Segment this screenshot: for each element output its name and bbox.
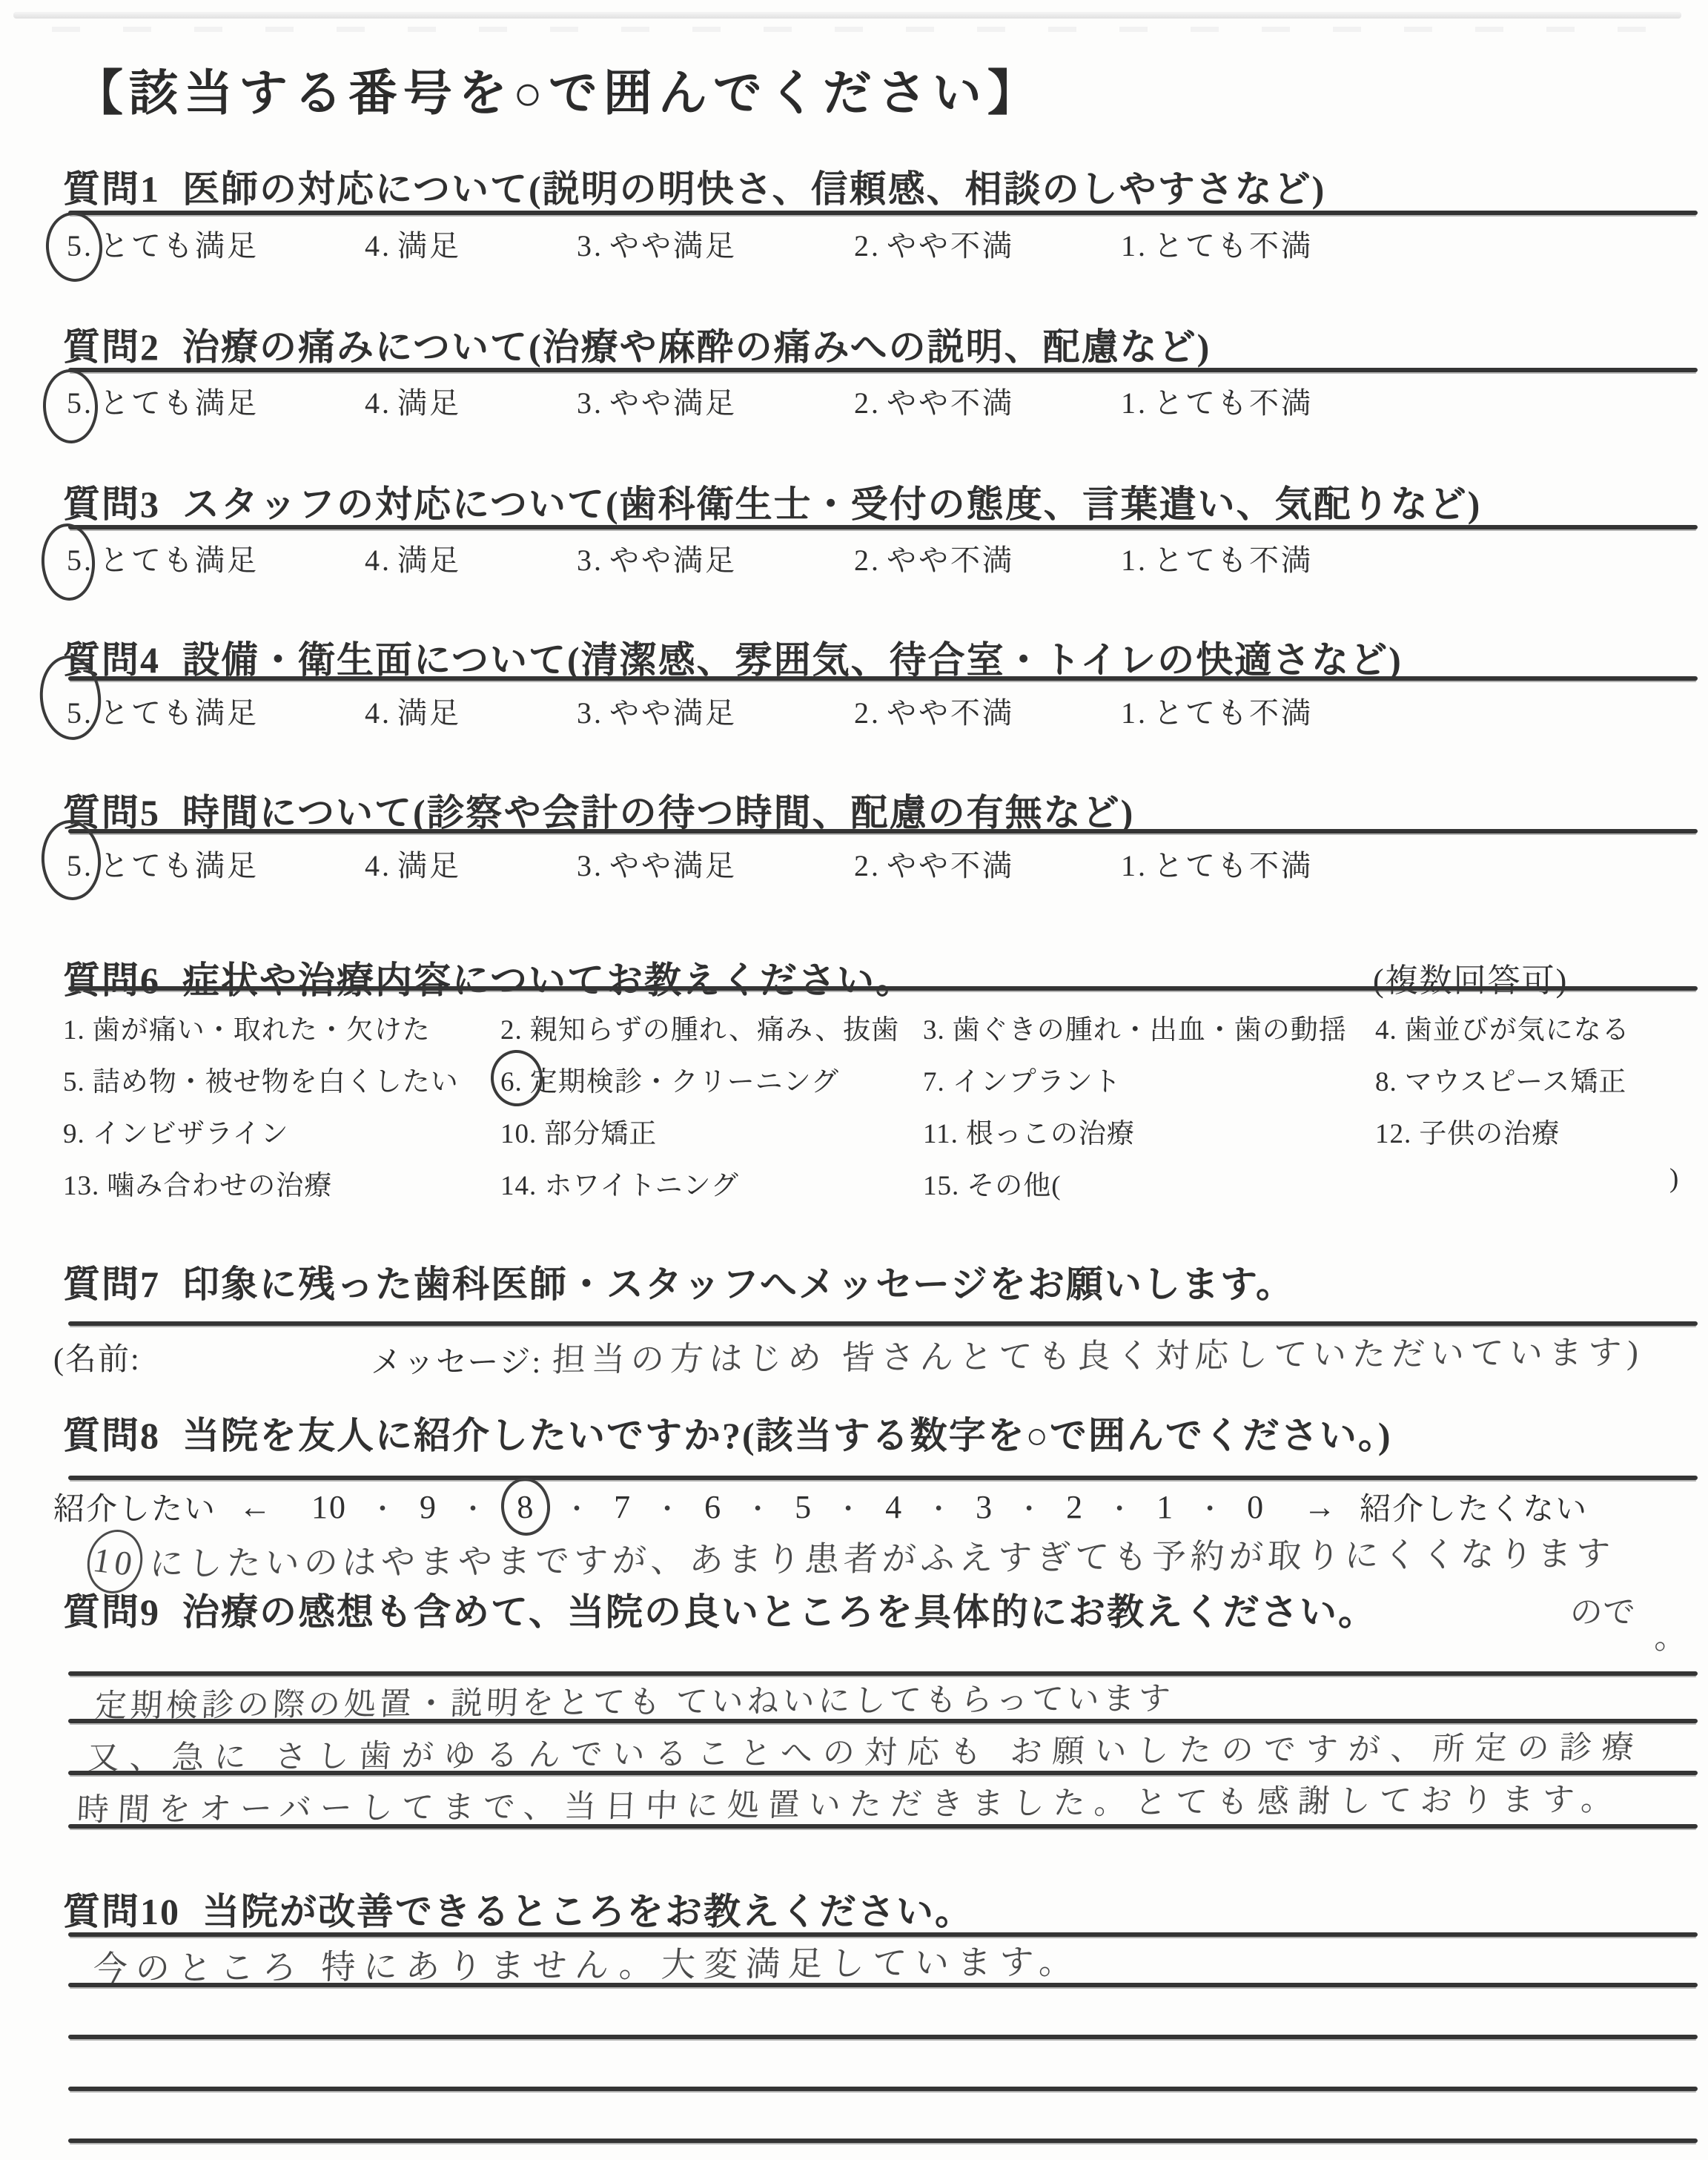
q8-title: 質問8当院を友人に紹介したいですか?(該当する数字を○で囲んでください。) <box>63 1406 1392 1459</box>
q2-rating-options: 5.とても満足 4.満足 3.やや満足 2.やや不満 1.とても不満 <box>0 380 1708 427</box>
q7-title: 質問7印象に残った歯科医師・スタッフへメッセージをお願いします。 <box>63 1255 1294 1308</box>
scale-number-6: 6 <box>704 1488 722 1526</box>
scale-number-8: 8 <box>515 1487 535 1527</box>
ruled-line <box>68 1719 1698 1723</box>
scale-dot: ・ <box>1106 1488 1134 1526</box>
q6-text: 症状や治療内容についてお教えください。 <box>182 960 914 1001</box>
q6-option-11: 11.根っこの治療 <box>923 1111 1135 1151</box>
q6-option-15: 15.その他( <box>923 1163 1062 1203</box>
ruled-line <box>68 986 1698 991</box>
q1-option-3: 3.やや満足 <box>577 222 737 265</box>
q2-title: 質問2治療の痛みについて(治療や麻酔の痛みへの説明、配慮など) <box>63 317 1211 371</box>
scale-number-10: 10 <box>311 1488 347 1526</box>
q9-handwritten-line-3: 時間をオーバーしてまで、当日中に処置いただきました。とても感謝しております。 <box>76 1774 1623 1831</box>
ruled-line <box>68 1771 1698 1775</box>
q8-comment-continuation: ので <box>1569 1585 1637 1634</box>
ruled-line <box>68 211 1698 215</box>
q1-option-5: 5.とても満足 <box>67 222 259 265</box>
q6-option-6: 6.定期検診・クリーニング <box>500 1059 839 1099</box>
q3-title: 質問3スタッフの対応について(歯科衛生士・受付の態度、言葉遣い、気配りなど) <box>63 475 1481 528</box>
q6-option-1: 1.歯が痛い・取れた・欠けた <box>63 1007 431 1047</box>
q9-title: 質問9治療の感想も含めて、当院の良いところを具体的にお教えください。 <box>63 1582 1377 1636</box>
scale-number-7: 7 <box>614 1488 632 1526</box>
ruled-line <box>68 368 1698 372</box>
scale-dot: ・ <box>369 1488 397 1526</box>
scan-artifact-line <box>13 12 1681 19</box>
scale-number-0: 0 <box>1247 1488 1265 1526</box>
q6-option-3: 3.歯ぐきの腫れ・出血・歯の動揺 <box>923 1007 1347 1047</box>
q3-text: スタッフの対応について(歯科衛生士・受付の態度、言葉遣い、気配りなど) <box>182 483 1481 525</box>
scale-dot: ・ <box>563 1488 592 1526</box>
scan-artifact-ticks <box>52 27 1646 32</box>
q4-option-1: 1.とても不満 <box>1121 690 1313 732</box>
q4-rating-options: 5.とても満足 4.満足 3.やや満足 2.やや不満 1.とても不満 <box>0 690 1708 737</box>
q4-option-5: 5.とても満足 <box>67 690 259 732</box>
scale-number-2: 2 <box>1066 1488 1084 1526</box>
q1-option-1: 1.とても不満 <box>1121 222 1313 265</box>
q3-rating-options: 5.とても満足 4.満足 3.やや満足 2.やや不満 1.とても不満 <box>0 537 1708 584</box>
q3-option-1: 1.とても不満 <box>1121 537 1313 579</box>
q8-comment-text: にしたいのはやまやまですが、あまり患者がふえすぎても予約が取りにくくなります <box>149 1527 1616 1586</box>
scale-dot: ・ <box>1016 1488 1044 1526</box>
q5-rating-options: 5.とても満足 4.満足 3.やや満足 2.やや不満 1.とても不満 <box>0 842 1708 890</box>
scale-number-5: 5 <box>795 1488 812 1526</box>
q8-text: 当院を友人に紹介したいですか?(該当する数字を○で囲んでください。) <box>182 1415 1392 1456</box>
q10-title: 質問10当院が改善できるところをお教えください。 <box>63 1882 973 1935</box>
ruled-line <box>68 525 1698 529</box>
survey-page: 【該当する番号を○で囲んでください】 質問1医師の対応について(説明の明快さ、信… <box>0 0 1708 2160</box>
q2-option-5: 5.とても満足 <box>67 380 259 422</box>
q3-option-4: 4.満足 <box>365 537 461 579</box>
q6-option-8: 8.マウスピース矯正 <box>1375 1059 1626 1099</box>
q2-option-3: 3.やや満足 <box>577 380 737 422</box>
q1-number: 質問1 <box>63 168 160 210</box>
q7-handwritten-message: 担当の方はじめ 皆さんとても良く対応していただいています) <box>552 1325 1646 1381</box>
q5-option-4: 4.満足 <box>365 842 461 885</box>
q1-text: 医師の対応について(説明の明快さ、信頼感、相談のしやすさなど) <box>182 168 1325 210</box>
ruled-line <box>68 829 1698 833</box>
q3-option-5: 5.とても満足 <box>67 537 259 579</box>
q2-text: 治療の痛みについて(治療や麻酔の痛みへの説明、配慮など) <box>182 326 1211 368</box>
q5-option-3: 3.やや満足 <box>577 842 737 885</box>
q2-option-2: 2.やや不満 <box>854 380 1014 422</box>
right-arrow-icon: → <box>1303 1488 1337 1526</box>
q1-option-4: 4.満足 <box>365 222 461 265</box>
q8-comment-period: 。 <box>1654 1611 1689 1658</box>
ruled-line <box>68 1824 1698 1829</box>
q4-option-3: 3.やや満足 <box>577 690 737 732</box>
scale-number-3: 3 <box>976 1488 993 1526</box>
empty-answer-line <box>68 2035 1698 2039</box>
q1-rating-options: 5.とても満足 4.満足 3.やや満足 2.やや不満 1.とても不満 <box>0 222 1708 270</box>
q6-option-9: 9.インビザライン <box>63 1111 289 1151</box>
q6-multi-answer-note: (複数回答可) <box>1373 954 1568 1001</box>
q6-title: 質問6症状や治療内容についてお教えください。 <box>63 951 914 1004</box>
q8-number: 質問8 <box>63 1415 160 1456</box>
q3-option-2: 2.やや不満 <box>854 537 1014 579</box>
ruled-line <box>68 676 1698 681</box>
scale-number-9: 9 <box>420 1488 437 1526</box>
scale-number-1: 1 <box>1156 1488 1174 1526</box>
q6-option-7: 7.インプラント <box>923 1059 1122 1099</box>
empty-answer-line <box>68 2138 1698 2143</box>
scale-dot: ・ <box>1196 1488 1225 1526</box>
scale-left-label: 紹介したい <box>53 1484 216 1529</box>
q6-option-10: 10.部分矯正 <box>500 1111 657 1151</box>
empty-answer-line <box>68 2087 1698 2091</box>
q5-text: 時間について(診察や会計の待つ時間、配慮の有無など) <box>182 792 1134 833</box>
q6-option-2: 2.親知らずの腫れ、痛み、抜歯 <box>500 1007 899 1047</box>
q5-option-1: 1.とても不満 <box>1121 842 1313 885</box>
scale-dot: ・ <box>835 1488 863 1526</box>
q3-option-3: 3.やや満足 <box>577 537 737 579</box>
q7-message-label: メッセージ: <box>371 1338 542 1382</box>
q2-option-1: 1.とても不満 <box>1121 380 1313 422</box>
q4-option-2: 2.やや不満 <box>854 690 1014 732</box>
q6-option-4: 4.歯並びが気になる <box>1375 1007 1630 1047</box>
page-title: 【該当する番号を○で囲んでください】 <box>74 53 1042 124</box>
q6-option-5: 5.詰め物・被せ物を白くしたい <box>63 1059 459 1099</box>
q7-text: 印象に残った歯科医師・スタッフへメッセージをお願いします。 <box>182 1264 1294 1305</box>
ruled-line <box>68 1321 1698 1326</box>
q6-option-13: 13.噛み合わせの治療 <box>63 1163 332 1203</box>
q9-handwritten-line-2: 又、急に さし歯がゆるんでいることへの対応も お願いしたのですが、所定の診療 <box>87 1723 1646 1779</box>
q1-option-2: 2.やや不満 <box>854 222 1014 265</box>
q5-option-2: 2.やや不満 <box>854 842 1014 885</box>
scale-dot: ・ <box>654 1488 682 1526</box>
q7-name-label: (名前: <box>53 1335 141 1379</box>
q7-number: 質問7 <box>63 1264 160 1305</box>
scale-dot: ・ <box>925 1488 953 1526</box>
scale-number-4: 4 <box>885 1488 903 1526</box>
q1-title: 質問1医師の対応について(説明の明快さ、信頼感、相談のしやすさなど) <box>63 159 1325 213</box>
left-arrow-icon: ← <box>239 1488 273 1526</box>
q10-text: 当院が改善できるところをお教えください。 <box>202 1891 973 1932</box>
q9-number: 質問9 <box>63 1591 160 1633</box>
q6-option-14: 14.ホワイトニング <box>500 1163 739 1203</box>
q2-option-4: 4.満足 <box>365 380 461 422</box>
q9-text: 治療の感想も含めて、当院の良いところを具体的にお教えください。 <box>182 1591 1377 1633</box>
q5-option-5: 5.とても満足 <box>67 842 259 885</box>
q4-text: 設備・衛生面について(清潔感、雰囲気、待合室・トイレの快適さなど) <box>182 639 1403 681</box>
q6-option-15-closing-paren: ) <box>1669 1163 1679 1195</box>
q3-number: 質問3 <box>63 483 160 525</box>
q6-number: 質問6 <box>63 960 160 1001</box>
ruled-line <box>68 1476 1698 1480</box>
ruled-line <box>68 1983 1698 1987</box>
scale-dot: ・ <box>460 1488 488 1526</box>
q4-option-4: 4.満足 <box>365 690 461 732</box>
q2-number: 質問2 <box>63 326 160 368</box>
scale-dot: ・ <box>744 1488 772 1526</box>
q6-option-12: 12.子供の治療 <box>1375 1111 1560 1151</box>
q10-number: 質問10 <box>63 1891 180 1932</box>
